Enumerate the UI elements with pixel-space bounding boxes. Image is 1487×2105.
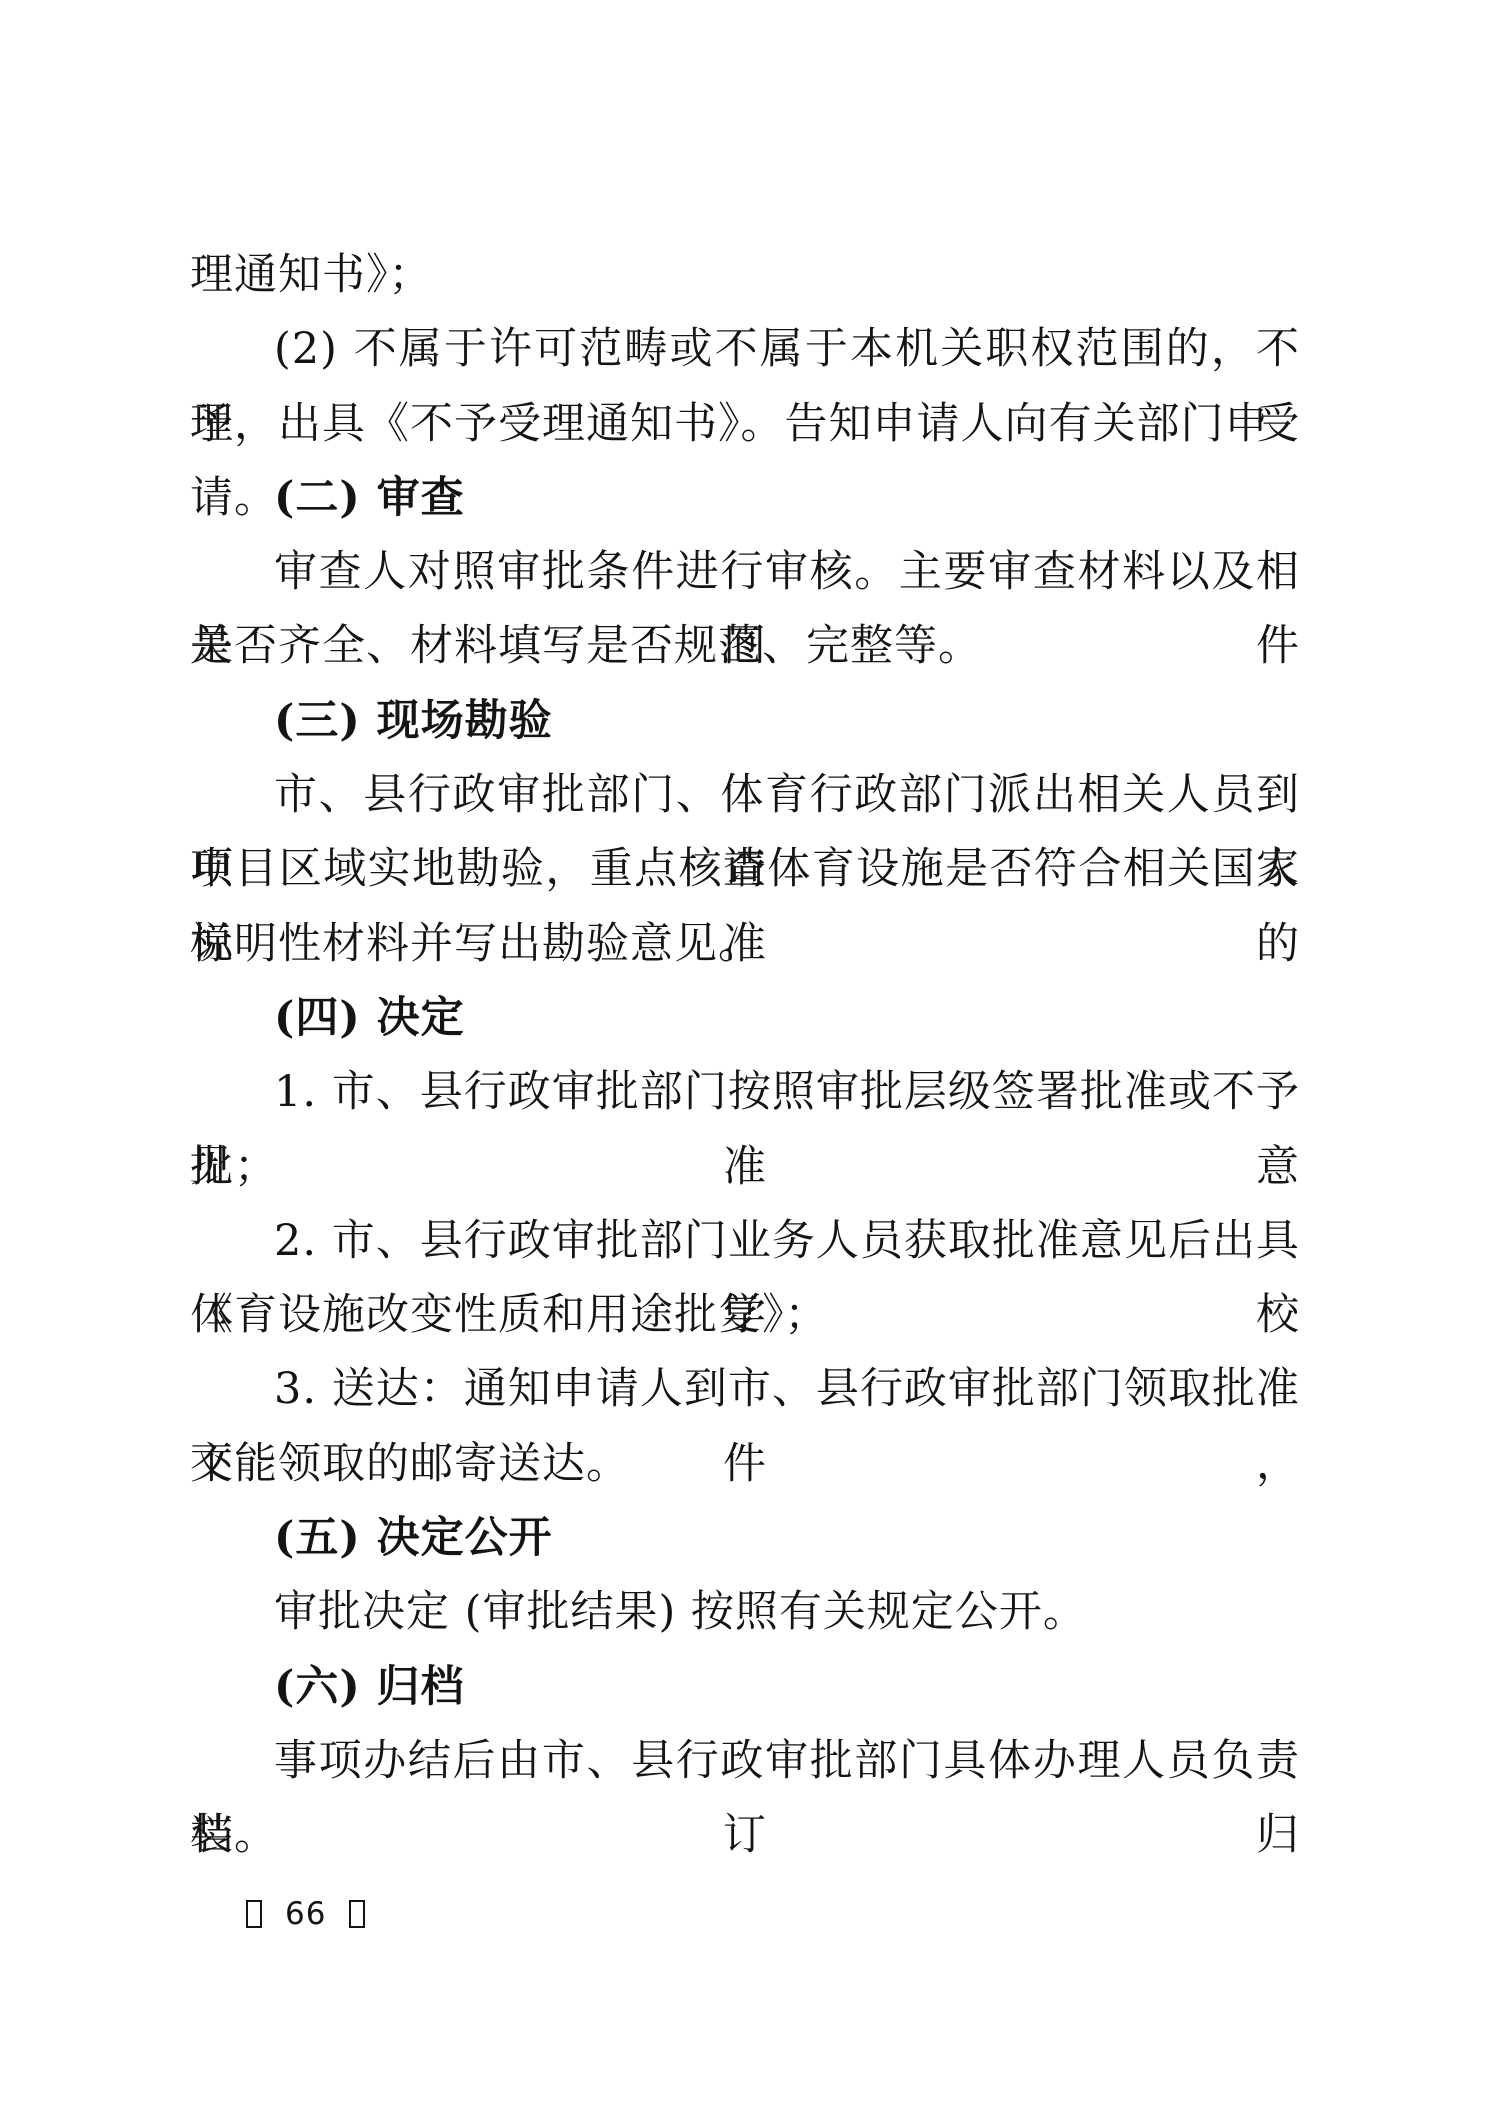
text-line: 审批决定 (审批结果) 按照有关规定公开。 xyxy=(190,1575,1300,1649)
section-heading: (三) 现场勘验 xyxy=(190,684,1300,758)
text-line: 3. 送达：通知申请人到市、县行政审批部门领取批准文件， xyxy=(190,1352,1300,1426)
text-line: 项目区域实地勘验，重点核查体育设施是否符合相关国家标准的 xyxy=(190,832,1300,906)
section-heading: (六) 归档 xyxy=(190,1650,1300,1724)
text-line: 2. 市、县行政审批部门业务人员获取批准意见后出具《学校 xyxy=(190,1204,1300,1278)
text-line: (2) 不属于许可范畴或不属于本机关职权范围的，不予受 xyxy=(190,312,1300,386)
text-line: 事项办结后由市、县行政审批部门具体办理人员负责装订归 xyxy=(190,1724,1300,1798)
text-line: 理，出具《不予受理通知书》。告知申请人向有关部门申请。 xyxy=(190,387,1300,461)
section-heading: (四) 决定 xyxy=(190,981,1300,1055)
document-body: 理通知书》；(2) 不属于许可范畴或不属于本机关职权范围的，不予受理，出具《不予… xyxy=(190,238,1300,1873)
text-line: 市、县行政审批部门、体育行政部门派出相关人员到申请人 xyxy=(190,758,1300,832)
text-line: 审查人对照审批条件进行审核。主要审查材料以及相关图件 xyxy=(190,535,1300,609)
document-page: 理通知书》；(2) 不属于许可范畴或不属于本机关职权范围的，不予受理，出具《不予… xyxy=(0,0,1487,2105)
page-footer: 66 xyxy=(246,1896,365,1932)
text-line: 1. 市、县行政审批部门按照审批层级签署批准或不予批准意 xyxy=(190,1055,1300,1129)
missing-glyph-box xyxy=(246,1900,262,1928)
section-heading: (五) 决定公开 xyxy=(190,1501,1300,1575)
page-number: 66 xyxy=(285,1896,326,1932)
text-line: 理通知书》； xyxy=(190,238,1300,312)
missing-glyph-box xyxy=(349,1900,365,1928)
section-heading: (二) 审查 xyxy=(190,461,1300,535)
